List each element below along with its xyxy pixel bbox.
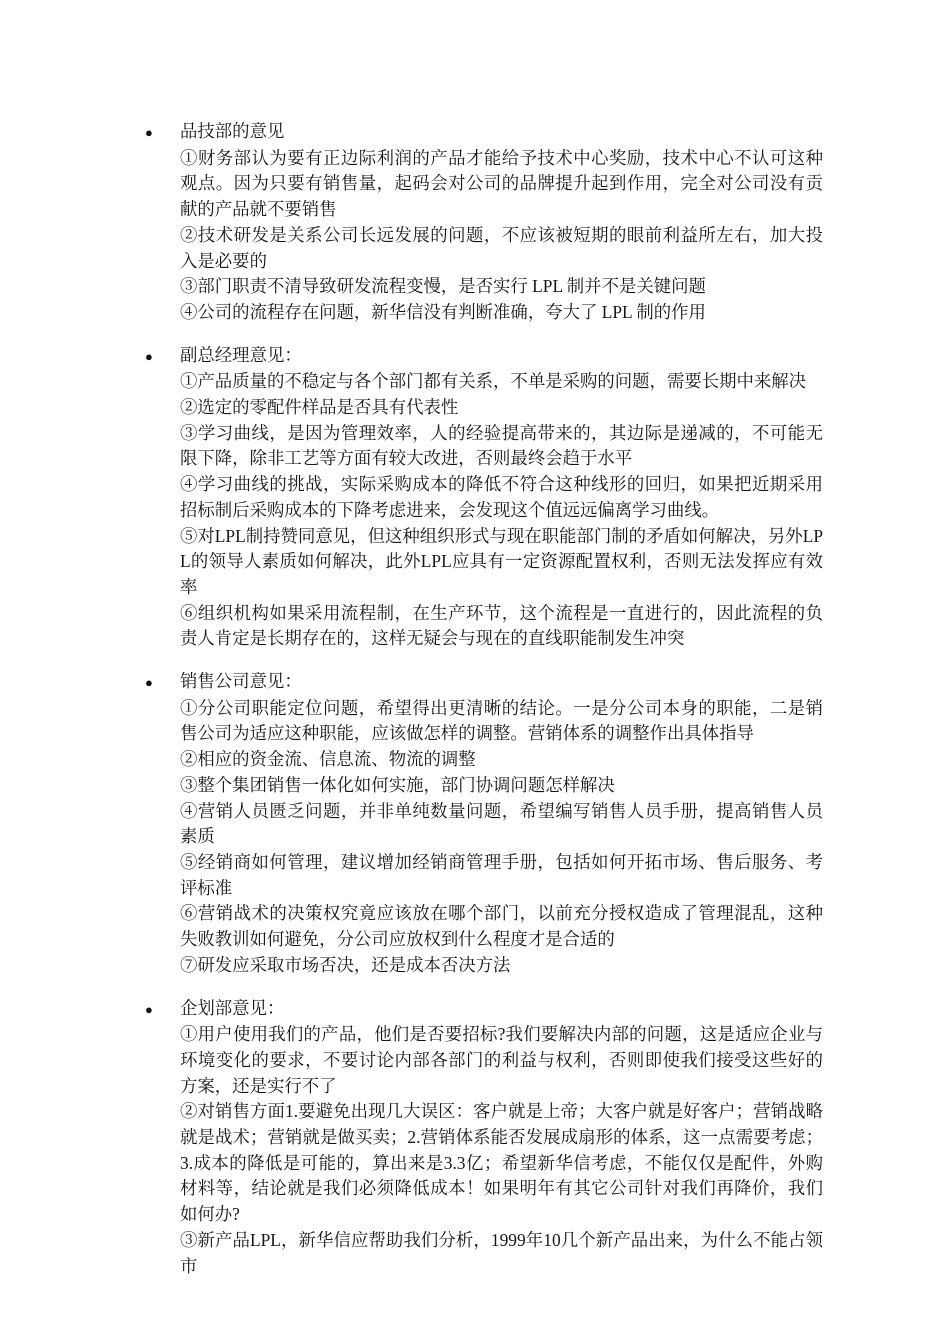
opinion-item: ②对销售方面1.要避免出现几大误区：客户就是上帝；大客户就是好客户；营销战略就是… <box>180 1099 823 1228</box>
bullet-icon: ● <box>145 670 180 696</box>
opinion-item: ③新产品LPL，新华信应帮助我们分析，1999年10几个新产品出来，为什么不能占… <box>180 1228 823 1279</box>
opinion-item: ⑦研发应采取市场否决，还是成本否决方法 <box>180 953 823 979</box>
section-heading: 企划部意见： <box>180 996 284 1022</box>
opinion-item: ②技术研发是关系公司长远发展的问题，不应该被短期的眼前利益所左右，加大投入是必要… <box>180 223 823 274</box>
opinion-item: ③部门职责不清导致研发流程变慢，是否实行 LPL 制并不是关键问题 <box>180 274 823 300</box>
bullet-icon: ● <box>145 344 180 370</box>
section-heading: 副总经理意见： <box>180 343 302 369</box>
opinion-item: ①用户使用我们的产品，他们是否要招标?我们要解决内部的问题，这是适应企业与环境变… <box>180 1022 823 1099</box>
section-heading-row: ●销售公司意见： <box>145 669 825 696</box>
opinion-section: ●企划部意见：①用户使用我们的产品，他们是否要招标?我们要解决内部的问题，这是适… <box>145 996 825 1280</box>
opinion-item: ④营销人员匮乏问题，并非单纯数量问题，希望编写销售人员手册，提高销售人员素质 <box>180 799 823 850</box>
opinion-item: ⑥组织机构如果采用流程制，在生产环节，这个流程是一直进行的，因此流程的负责人肯定… <box>180 601 823 652</box>
section-heading: 销售公司意见： <box>180 669 302 695</box>
opinion-item: ⑤经销商如何管理，建议增加经销商管理手册，包括如何开拓市场、售后服务、考评标准 <box>180 850 823 901</box>
opinion-section: ●品技部的意见①财务部认为要有正边际利润的产品才能给予技术中心奖励，技术中心不认… <box>145 119 825 326</box>
opinion-item: ②选定的零配件样品是否具有代表性 <box>180 395 823 421</box>
opinion-section: ●副总经理意见：①产品质量的不稳定与各个部门都有关系，不单是采购的问题，需要长期… <box>145 343 825 652</box>
section-heading-row: ●企划部意见： <box>145 996 825 1023</box>
opinion-item: ④公司的流程存在问题，新华信没有判断准确，夸大了 LPL 制的作用 <box>180 300 823 326</box>
opinion-item: ③整个集团销售一体化如何实施，部门协调问题怎样解决 <box>180 773 823 799</box>
document-content: ●品技部的意见①财务部认为要有正边际利润的产品才能给予技术中心奖励，技术中心不认… <box>145 119 825 1279</box>
opinion-section: ●销售公司意见：①分公司职能定位问题，希望得出更清晰的结论。一是分公司本身的职能… <box>145 669 825 978</box>
opinion-item: ④学习曲线的挑战，实际采购成本的降低不符合这种线形的回归，如果把近期采用招标制后… <box>180 472 823 523</box>
section-heading-row: ●副总经理意见： <box>145 343 825 370</box>
opinion-item: ⑤对LPL制持赞同意见，但这种组织形式与现在职能部门制的矛盾如何解决，另外LPL… <box>180 524 823 601</box>
opinion-item: ②相应的资金流、信息流、物流的调整 <box>180 747 823 773</box>
opinion-item: ③学习曲线，是因为管理效率，人的经验提高带来的，其边际是递减的，不可能无限下降，… <box>180 421 823 472</box>
opinion-item: ⑥营销战术的决策权究竟应该放在哪个部门，以前充分授权造成了管理混乱，这种失败教训… <box>180 901 823 952</box>
opinion-item: ①分公司职能定位问题，希望得出更清晰的结论。一是分公司本身的职能，二是销售公司为… <box>180 696 823 747</box>
section-heading: 品技部的意见 <box>180 119 284 145</box>
opinion-item: ①产品质量的不稳定与各个部门都有关系，不单是采购的问题，需要长期中来解决 <box>180 369 823 395</box>
section-heading-row: ●品技部的意见 <box>145 119 825 146</box>
bullet-icon: ● <box>145 120 180 146</box>
document-page: ●品技部的意见①财务部认为要有正边际利润的产品才能给予技术中心奖励，技术中心不认… <box>0 0 950 1344</box>
bullet-icon: ● <box>145 997 180 1023</box>
opinion-item: ①财务部认为要有正边际利润的产品才能给予技术中心奖励，技术中心不认可这种观点。因… <box>180 146 823 223</box>
